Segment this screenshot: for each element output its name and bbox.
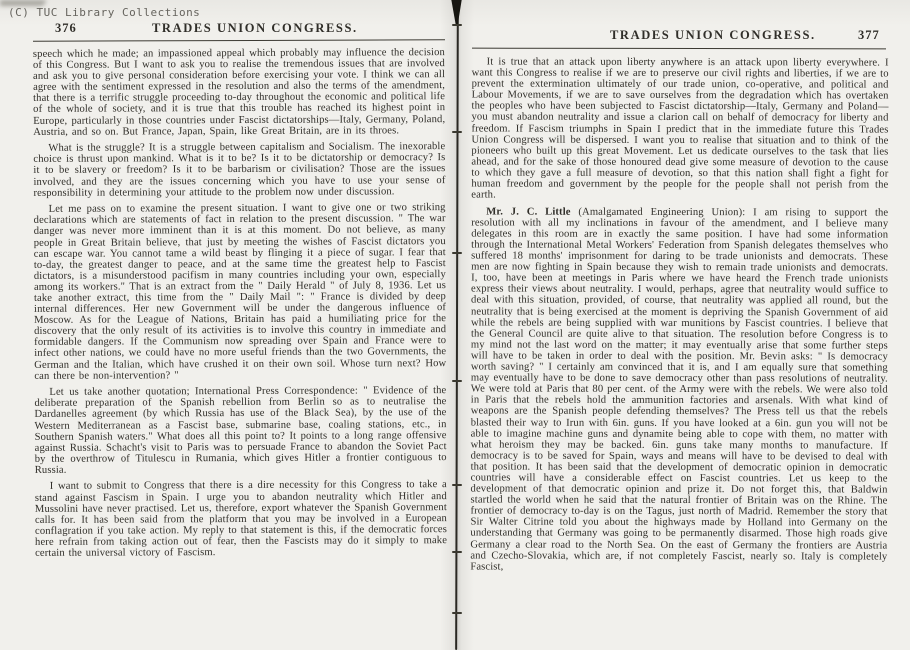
binding-stitch-mark <box>452 380 462 382</box>
header-rule-left <box>33 39 445 42</box>
left-page: 376 TRADES UNION CONGRESS. speech which … <box>0 0 455 650</box>
paragraph: Mr. J. C. Little (Amalgamated Engineerin… <box>470 206 888 573</box>
right-page: TRADES UNION CONGRESS. 377 It is true th… <box>455 0 910 650</box>
paragraph: Let me pass on to examine the present si… <box>34 202 447 381</box>
paragraph: speech which he made; an impassioned app… <box>33 47 445 138</box>
binding-stitch-mark <box>452 612 462 614</box>
paragraph: What is the struggle? It is a struggle b… <box>33 141 445 198</box>
binding-stitch-mark <box>452 24 462 26</box>
header-rule-right <box>472 48 886 50</box>
binding-stitch-mark <box>452 484 462 486</box>
paragraph: It is true that an attack upon liberty a… <box>471 56 888 201</box>
paragraph: I want to submit to Congress that there … <box>35 480 447 559</box>
left-page-body: speech which he made; an impassioned app… <box>33 47 447 559</box>
page-header-title-right: TRADES UNION CONGRESS. <box>610 28 816 43</box>
page-header-title-left: TRADES UNION CONGRESS. <box>152 21 358 36</box>
binding-stitch-mark <box>452 551 462 553</box>
paragraph: Let us take another quotation; Internati… <box>34 385 446 476</box>
right-page-body: It is true that an attack upon liberty a… <box>470 56 888 573</box>
binding-stitch-mark <box>452 131 462 133</box>
binding-stitch-mark <box>452 252 462 254</box>
page-number-left: 376 <box>55 21 77 36</box>
speaker-name: Mr. J. C. Little <box>486 206 570 217</box>
page-number-right: 377 <box>858 28 880 43</box>
scanned-book-spread: (C) TUC Library Collections 376 TRADES U… <box>0 0 910 650</box>
